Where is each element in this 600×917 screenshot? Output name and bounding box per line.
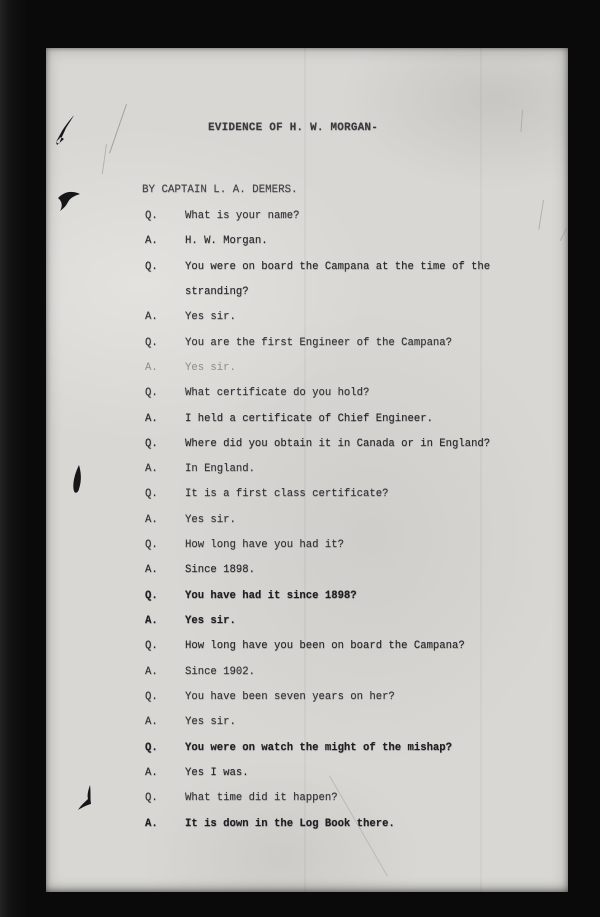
qa-marker: Q. [145,255,185,280]
qa-line: A.H. W. Morgan. [145,229,490,254]
qa-text: How long have you been on board the Camp… [185,640,465,652]
qa-line: A.Yes sir. [145,710,490,735]
qa-line: Q.What is your name? [145,204,490,229]
qa-line: Q.You have had it since 1898? [145,584,490,609]
ink-blot-icon [52,115,76,147]
ink-blot-icon [57,189,81,213]
qa-line: Q.You have been seven years on her? [145,685,490,710]
qa-line: Q.How long have you been on board the Ca… [145,634,490,659]
qa-marker: A. [145,660,185,685]
qa-text: I held a certificate of Chief Engineer. [185,413,433,425]
scan-background: EVIDENCE OF H. W. MORGAN- BY CAPTAIN L. … [0,0,600,917]
qa-line: A.It is down in the Log Book there. [145,812,490,837]
qa-block: Q.What is your name? A.H. W. Morgan. Q.Y… [145,204,490,837]
qa-marker: Q. [145,786,185,811]
qa-marker: Q. [145,736,185,761]
qa-text: Where did you obtain it in Canada or in … [185,438,490,450]
paper-crease [102,144,107,174]
qa-line: Q.You were on board the Campana at the t… [145,255,490,280]
qa-marker: Q. [145,331,185,356]
scan-streak [480,48,482,892]
qa-line: A.Yes sir. [145,508,490,533]
pencil-scratch [538,200,544,230]
qa-text: Yes sir. [185,716,236,728]
qa-marker: Q. [145,584,185,609]
qa-text: It is a first class certificate? [185,488,388,500]
qa-text: You have been seven years on her? [185,691,395,703]
pencil-scratch [520,110,523,132]
qa-text: How long have you had it? [185,539,344,551]
qa-line: Q.You were on watch the might of the mis… [145,736,490,761]
pencil-scratch [560,228,567,241]
qa-marker: Q. [145,204,185,229]
qa-marker: Q. [145,533,185,558]
qa-line: A.Yes sir. [145,305,490,330]
examiner-heading: BY CAPTAIN L. A. DEMERS. [142,184,298,196]
qa-marker: Q. [145,685,185,710]
qa-text: Yes I was. [185,767,249,779]
scanned-page: EVIDENCE OF H. W. MORGAN- BY CAPTAIN L. … [46,48,568,892]
qa-text: Yes sir. [185,311,236,323]
qa-text: What time did it happen? [185,792,338,804]
paper-crease [109,104,127,153]
qa-marker: A. [145,407,185,432]
qa-text: In England. [185,463,255,475]
qa-marker: A. [145,710,185,735]
qa-text: What certificate do you hold? [185,387,369,399]
qa-marker: A. [145,761,185,786]
qa-line: A.Yes I was. [145,761,490,786]
qa-text: Yes sir. [185,514,236,526]
qa-line: Q.You are the first Engineer of the Camp… [145,331,490,356]
qa-text: Yes sir. [185,615,236,627]
ink-blot-icon [70,465,84,497]
qa-line: A.Since 1902. [145,660,490,685]
qa-marker: Q. [145,482,185,507]
qa-marker: A. [145,558,185,583]
qa-text: Yes sir. [185,362,236,374]
qa-line: A.I held a certificate of Chief Engineer… [145,407,490,432]
ink-blot-icon [78,785,98,811]
qa-text: It is down in the Log Book there. [185,818,395,830]
qa-marker: Q. [145,634,185,659]
qa-marker: A. [145,356,185,381]
qa-marker: A. [145,305,185,330]
qa-line: Q.What certificate do you hold? [145,381,490,406]
qa-text: You were on board the Campana at the tim… [185,261,490,273]
qa-marker: A. [145,457,185,482]
qa-marker: A. [145,229,185,254]
qa-text: You have had it since 1898? [185,590,357,602]
qa-marker: Q. [145,381,185,406]
qa-text: Since 1902. [185,666,255,678]
qa-marker: A. [145,812,185,837]
qa-marker: Q. [145,432,185,457]
qa-marker: A. [145,609,185,634]
document-title: EVIDENCE OF H. W. MORGAN- [208,122,378,134]
qa-line: Q.It is a first class certificate? [145,482,490,507]
qa-text: H. W. Morgan. [185,235,268,247]
qa-line: A.Yes sir. [145,609,490,634]
qa-line: Q.What time did it happen? [145,786,490,811]
qa-text: stranding? [185,286,249,298]
scan-streak [304,48,306,892]
qa-line: Q.Where did you obtain it in Canada or i… [145,432,490,457]
qa-text: Since 1898. [185,564,255,576]
qa-line: stranding? [145,280,490,305]
qa-line: A.In England. [145,457,490,482]
qa-text: You were on watch the might of the misha… [185,742,452,754]
qa-line: A.Since 1898. [145,558,490,583]
qa-line: Q.How long have you had it? [145,533,490,558]
qa-text: You are the first Engineer of the Campan… [185,337,452,349]
qa-marker: A. [145,508,185,533]
qa-text: What is your name? [185,210,299,222]
qa-line: A.Yes sir. [145,356,490,381]
